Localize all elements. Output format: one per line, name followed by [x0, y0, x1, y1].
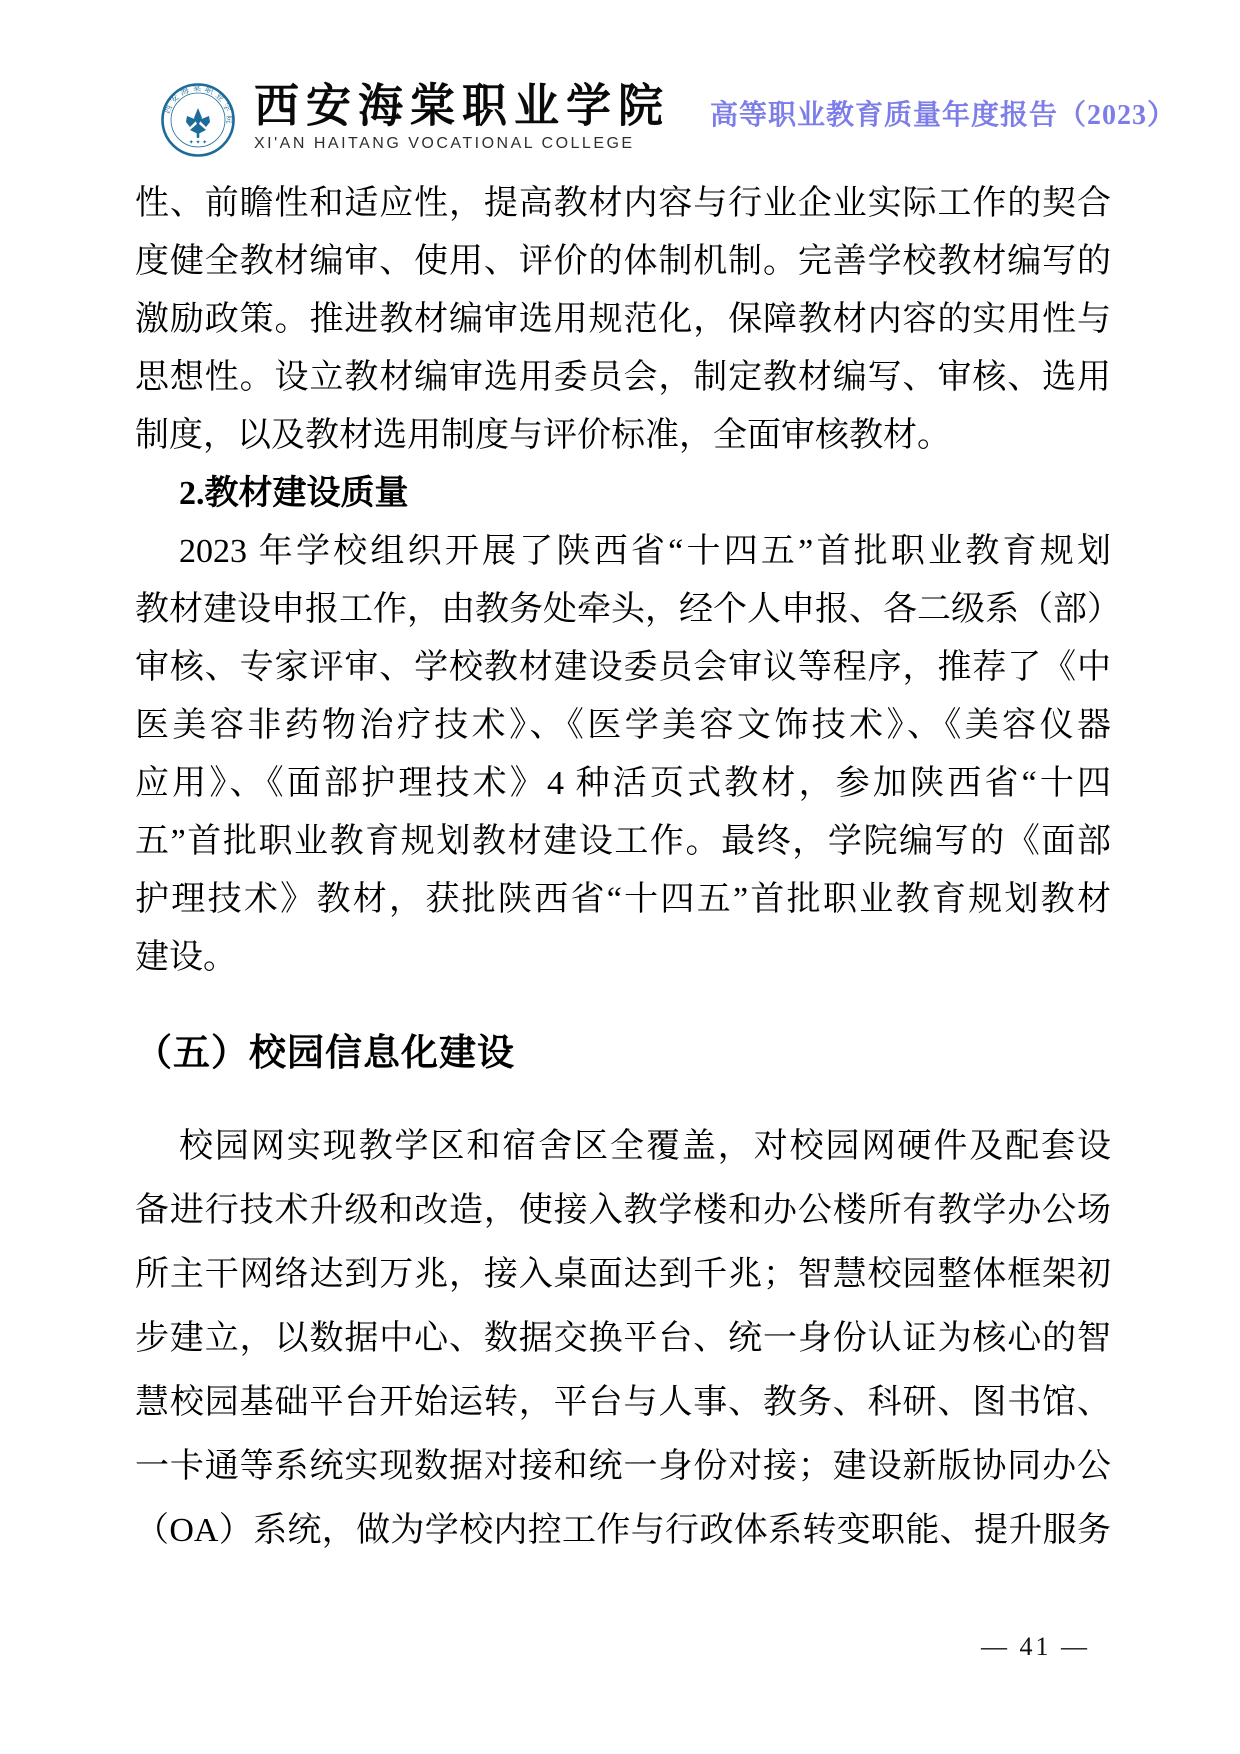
section-heading: （五）校园信息化建设 [135, 1023, 1111, 1083]
svg-text:✦ ✦ ✦: ✦ ✦ ✦ [189, 139, 207, 146]
college-name-block: 西安海棠职业学院 XI'AN HAITANG VOCATIONAL COLLEG… [254, 80, 714, 153]
text-line: 医美容非药物治疗技术》、《医学美容文饰技术》、《美容仪器 [135, 697, 1111, 755]
text-line: 思想性。设立教材编审选用委员会，制定教材编写、审核、选用 [135, 349, 1111, 407]
text-line: 制度，以及教材选用制度与评价标准，全面审核教材。 [135, 407, 1111, 465]
college-name-zh: 西安海棠职业学院 [254, 79, 714, 132]
text-line: 2023 年学校组织开展了陕西省“十四五”首批职业教育规划 [135, 523, 1111, 581]
paragraph: 2023 年学校组织开展了陕西省“十四五”首批职业教育规划教材建设申报工作，由教… [135, 523, 1111, 987]
text-line: 护理技术》教材，获批陕西省“十四五”首批职业教育规划教材 [135, 871, 1111, 929]
text-line: 所主干网络达到万兆，接入桌面达到千兆；智慧校园整体框架初 [135, 1243, 1111, 1307]
text-line: 性、前瞻性和适应性，提高教材内容与行业企业实际工作的契合 [135, 175, 1111, 233]
text-line: 一卡通等系统实现数据对接和统一身份对接；建设新版协同办公 [135, 1435, 1111, 1499]
text-line: 应用》、《面部护理技术》4 种活页式教材，参加陕西省“十四 [135, 755, 1111, 813]
body-content: 性、前瞻性和适应性，提高教材内容与行业企业实际工作的契合度健全教材编审、使用、评… [135, 175, 1111, 1563]
document-page: 西安海棠职业学院 ✦ ✦ ✦ 西安海棠职业学院 XI'AN HAITANG VO… [0, 0, 1240, 1754]
paragraph: 性、前瞻性和适应性，提高教材内容与行业企业实际工作的契合度健全教材编审、使用、评… [135, 175, 1111, 465]
text-line: 教材建设申报工作，由教务处牵头，经个人申报、各二级系（部） [135, 581, 1111, 639]
text-line: 建设。 [135, 929, 1111, 987]
report-title: 高等职业教育质量年度报告（2023） [710, 93, 1176, 133]
sub-heading: 2.教材建设质量 [135, 465, 1111, 523]
text-line: 校园网实现教学区和宿舍区全覆盖，对校园网硬件及配套设 [135, 1115, 1111, 1179]
text-line: 慧校园基础平台开始运转，平台与人事、教务、科研、图书馆、 [135, 1371, 1111, 1435]
text-line: 备进行技术升级和改造，使接入教学楼和办公楼所有教学办公场 [135, 1179, 1111, 1243]
text-line: 五”首批职业教育规划教材建设工作。最终，学院编写的《面部 [135, 813, 1111, 871]
text-line: 步建立，以数据中心、数据交换平台、统一身份认证为核心的智 [135, 1307, 1111, 1371]
text-line: （OA）系统，做为学校内控工作与行政体系转变职能、提升服务 [135, 1499, 1111, 1563]
text-line: 审核、专家评审、学校教材建设委员会审议等程序，推荐了《中 [135, 639, 1111, 697]
page-number: — 41 — [981, 1632, 1090, 1662]
college-name-en: XI'AN HAITANG VOCATIONAL COLLEGE [254, 135, 714, 153]
text-line: 度健全教材编审、使用、评价的体制机制。完善学校教材编写的 [135, 233, 1111, 291]
text-line: 激励政策。推进教材编审选用规范化，保障教材内容的实用性与 [135, 291, 1111, 349]
college-seal-icon: 西安海棠职业学院 ✦ ✦ ✦ [160, 82, 236, 158]
page-header: 西安海棠职业学院 ✦ ✦ ✦ 西安海棠职业学院 XI'AN HAITANG VO… [0, 0, 1240, 170]
paragraph: 校园网实现教学区和宿舍区全覆盖，对校园网硬件及配套设备进行技术升级和改造，使接入… [135, 1115, 1111, 1563]
